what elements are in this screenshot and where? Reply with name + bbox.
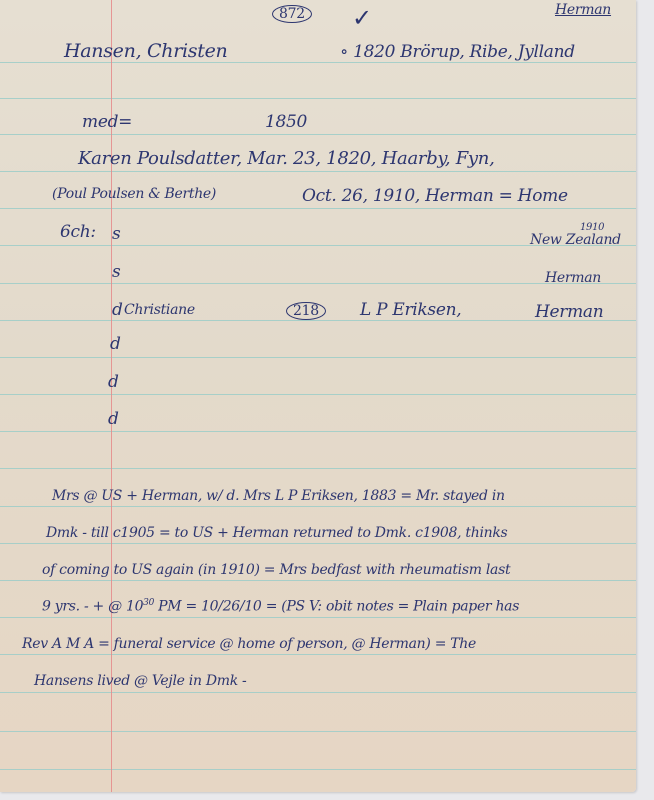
child-note: Herman	[545, 270, 601, 286]
child-note: Herman	[535, 302, 603, 322]
rule-line	[0, 769, 636, 770]
rule-line	[0, 543, 636, 544]
note-line: Dmk - till c1905 = to US + Herman return…	[46, 525, 507, 541]
subject-birth: ∘ 1820 Brörup, Ribe, Jylland	[340, 42, 575, 62]
rule-line	[0, 208, 636, 209]
rule-line	[0, 283, 636, 284]
rule-line	[0, 62, 636, 63]
child-note: New Zealand	[530, 232, 621, 248]
child-sex: d	[112, 300, 123, 320]
note-line: of coming to US again (in 1910) = Mrs be…	[42, 562, 510, 578]
child-sex: d	[110, 334, 121, 354]
child-sex: s	[112, 224, 120, 244]
note-line: 9 yrs. - + @ 1030 PM = 10/26/10 = (PS V:…	[42, 598, 519, 615]
rule-line	[0, 468, 636, 469]
rule-line	[0, 171, 636, 172]
rule-line	[0, 431, 636, 432]
rule-line	[0, 134, 636, 135]
rule-line	[0, 506, 636, 507]
child-sex: s	[112, 262, 120, 282]
note-line: Hansens lived @ Vejle in Dmk -	[34, 673, 246, 689]
children-count: 6ch:	[60, 222, 96, 242]
child-sex: d	[108, 409, 119, 429]
check-mark-icon: ✓	[352, 4, 372, 32]
child-name: Christiane	[124, 302, 195, 318]
note-line: Rev A M A = funeral service @ home of pe…	[22, 636, 476, 652]
rule-line	[0, 357, 636, 358]
child-ref-number: 218	[286, 302, 326, 320]
child-spouse: L P Eriksen,	[360, 300, 461, 320]
note-text: PM = 10/26/10 = (PS V: obit notes = Plai…	[154, 599, 519, 615]
spouse-death: Oct. 26, 1910, Herman = Home	[302, 186, 568, 206]
location-tag: Herman	[555, 2, 611, 18]
rule-line	[0, 580, 636, 581]
marriage-label: med=	[82, 112, 132, 132]
note-line: Mrs @ US + Herman, w/ d. Mrs L P Eriksen…	[52, 488, 505, 504]
spouse-parents: (Poul Poulsen & Berthe)	[52, 186, 216, 202]
note-text: 9 yrs. - + @ 10	[42, 599, 143, 615]
rule-line	[0, 731, 636, 732]
marriage-year: 1850	[265, 112, 307, 132]
rule-line	[0, 394, 636, 395]
rule-line	[0, 617, 636, 618]
rule-line	[0, 654, 636, 655]
rule-line	[0, 692, 636, 693]
time-superscript: 30	[143, 598, 154, 608]
child-sex: d	[108, 372, 119, 392]
rule-line	[0, 98, 636, 99]
record-number: 872	[272, 5, 312, 23]
subject-name: Hansen, Christen	[64, 40, 227, 62]
notebook-page: 872 ✓ Herman Hansen, Christen ∘ 1820 Brö…	[0, 0, 636, 792]
spouse-line: Karen Poulsdatter, Mar. 23, 1820, Haarby…	[78, 148, 495, 169]
